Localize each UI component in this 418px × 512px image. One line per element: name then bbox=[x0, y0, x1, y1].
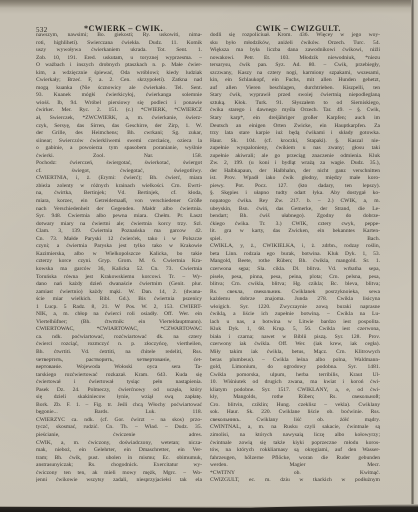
text-line: CWIERZYC ca. ndk. (cf. Gor. ćwirzt – na … bbox=[36, 417, 202, 425]
text-line: Rs. свекла, свекольник. Ćwiklanek posrzy… bbox=[210, 289, 380, 297]
text-line: czerwony iak ćwikla. Off. Wer. (iak krew… bbox=[210, 341, 380, 349]
text-line: auf allen Vieren beschlagen, durchtriebe… bbox=[210, 85, 380, 93]
text-line: CWIERTOWAC, *CWIARTOWAC, *CZWARTOWAC bbox=[36, 326, 202, 334]
text-line: szczwany, Kaszy na cztery nogi, karmiony… bbox=[210, 70, 380, 78]
text-line: ćwierci rozciąć, rozmczyć n. p. złoczyńc… bbox=[36, 341, 202, 349]
text-line: zamiast ćwiertnio) każdy mąki. W. Dan. 1… bbox=[36, 289, 202, 297]
text-line: czyk, Sersyę, das Sirren, das Geschirre,… bbox=[36, 123, 202, 131]
right-column: dodli się rozpoliciuał. Krom. 436. Więce… bbox=[210, 32, 380, 485]
text-line: nowakowi. Petr. Et. 103. Młodzik niewodn… bbox=[210, 55, 380, 63]
text-line: dano nań każdy dzień dwanaście ćwiertnim… bbox=[36, 281, 202, 289]
text-line: ćwirker. Mer. Ryc. 2. 151. (c.) *CWIERK,… bbox=[36, 107, 202, 115]
text-line: Kluk Dyk. 1, 68. Krup. 5, 56. Ćwikla ies… bbox=[210, 326, 380, 334]
text-line: o gabinie, a powoierza tym spasobem pora… bbox=[36, 145, 202, 153]
text-line: свекольникъ. Ćwiklany liść ob. żółć mądr… bbox=[210, 417, 380, 425]
left-column: nawszym, nawsimi; Bo. giekosti; Ry. usko… bbox=[36, 32, 202, 485]
text-line: kin, ein Schlaukopf, ein Fuchs, mit alle… bbox=[210, 77, 380, 85]
text-line: tyczć, skosmać, rudzić. Cn. Th. – Wład. … bbox=[36, 424, 202, 432]
text-line: Większa ma była liczba dana zawodnikowi … bbox=[210, 47, 380, 55]
text-line: Toruńska równa jest Krakowskiemu korcowi… bbox=[36, 274, 202, 282]
text-line: nopatogo ćwika. Rey Zw. 217. b. – 2.) CW… bbox=[210, 198, 380, 206]
text-line: ćwiertował i ćwiertował tysiąc pełn nast… bbox=[36, 379, 202, 387]
text-line: Stary karp*, ein dreijähriger großer Kar… bbox=[210, 115, 380, 123]
text-line: tersarysu, ćwik pan. Syz. Ad. 80. – Ćwik… bbox=[210, 62, 380, 70]
text-line: biała i czarna; nawet w Biblii piszą. Sy… bbox=[210, 334, 380, 342]
text-line: Zob. 10, 191. Ered. uskutam, u toryznej … bbox=[36, 55, 202, 63]
text-line: trzy lata stare karpie iuż będą ćwikami … bbox=[210, 130, 380, 138]
text-line: ście miar wielkich. Bibl. Gd.). Bis ćwie… bbox=[36, 296, 202, 304]
text-line: tów, na których rokkliarnasy są okręgiam… bbox=[210, 447, 380, 455]
text-line: pisele, pesa, pinna, pesa, peina, plota;… bbox=[210, 274, 380, 282]
text-line: czterzy korce czyni. Gryp. Grom. M. 6. Ć… bbox=[36, 258, 202, 266]
text-line: Ćwierkały; Brzeć. F, a. 2. Cen. skrzypoł… bbox=[36, 77, 202, 85]
text-line: czyni; a ćwiertnia Paryska jest tylko ta… bbox=[36, 243, 202, 251]
text-line: włoigich. Syr. 1220. Zwyczaynie zową bur… bbox=[210, 304, 380, 312]
text-line: tarskiego rozćwiertować rozkazał. Kram. … bbox=[36, 372, 202, 380]
text-line: CWIK, a, m. ćwiczony, doświadczony, wete… bbox=[36, 440, 202, 448]
text-line: Bh. ćtwrtiti. Vd. ćetrtiti, na ćhitele r… bbox=[36, 349, 202, 357]
text-line: ał, Swierczek, *ZWCWIERK, a, m. ćwierkan… bbox=[36, 115, 202, 123]
text-line: CWINTNAL, a, m. na Rusku czyli sakacie, … bbox=[210, 424, 380, 432]
text-line: *CWITNY ob. Kwitnąć. bbox=[210, 470, 380, 478]
text-line: wiośś. Ib, 94. Wróbel piersiowy się podl… bbox=[36, 100, 202, 108]
text-line: der Halbkapaun, der Halbhahn, der nicht … bbox=[210, 168, 380, 176]
text-line: §. Skępies i ułapno tudty odart łyka. Ab… bbox=[210, 190, 380, 198]
text-line: O ważbach i inszych drobnych ptaszkach n… bbox=[36, 62, 202, 70]
text-line: kowska ma garców 36, Kalicka 52. Cn. 73.… bbox=[36, 266, 202, 274]
text-line: 10. Wiśniutek od drugich zwana, ma kwiat… bbox=[210, 379, 380, 387]
text-line: bendart; Bh. ćwiš ułabnego). Zgodny do d… bbox=[210, 213, 380, 221]
text-line: CWIERTNIA, i, ż. (Erymi: ćwierć); Bh. ćw… bbox=[36, 175, 202, 183]
text-line: cf. świegot, ćwiegotać, świegotliwy. bbox=[36, 168, 202, 176]
text-line: ćwika starego i dawnego myśla Orzech. Ta… bbox=[210, 107, 380, 115]
text-line: ćwintnale zowią się także kiyki poprzecz… bbox=[210, 440, 380, 448]
text-line: piewy. Pot. Pocz. 127. (kto dadary, ten … bbox=[210, 183, 380, 191]
text-line: Cro. blitvin, cziklin; Hung. czeklisz – … bbox=[210, 402, 380, 410]
text-line: ca. ndk. poćwiartować, rozćwiartować dk.… bbox=[36, 334, 202, 342]
text-line: ćwierki. Zool. Nar. 158. bbox=[36, 153, 202, 161]
text-line: gold, Limonium, do ogrodowy podobna. Syr… bbox=[210, 364, 380, 372]
text-line: spiel. Bach. bbox=[210, 236, 380, 244]
text-line: Syr. 948. Ćwiertnia albo pewna miara. Ch… bbox=[36, 213, 202, 221]
text-line: werden. Magier Mecr. bbox=[210, 462, 380, 470]
text-line: Mangold, Beete, rothe Rüben; Bh. ćwiklа,… bbox=[210, 258, 380, 266]
text-line: CWIZGULT, ec. m. dziu w tkackich w podłu… bbox=[210, 477, 380, 485]
text-line: ćkiego ćwika. Tr. 3.) CWIK, cztery cwyk,… bbox=[210, 221, 380, 229]
text-line: bęgonie... Bards. Luk. 118. bbox=[36, 409, 202, 417]
text-line: się dzieli skakiniecow łynie, wziął swą … bbox=[36, 394, 202, 402]
text-line: siinear; Swierczów ćwierkliwemi swemi cz… bbox=[36, 138, 202, 146]
text-line: mak, nieboż, ein Gelehrter, ein Dmaschre… bbox=[36, 447, 202, 455]
text-line: CWIKLA, y, ż., CWIKIELKA, i, ż. zdrbn., … bbox=[210, 243, 380, 251]
text-line: Cn. 73. Małde Paryski 12 ćwierćek, tako … bbox=[36, 236, 202, 244]
text-line: lach u nas, a botwina w Litwie bardzo ie… bbox=[210, 319, 380, 327]
text-line: beta Linn. rodzaia ego burak, botwina. K… bbox=[210, 251, 380, 259]
text-line: roti, highliheti). Swierczana ćwiekła. D… bbox=[36, 40, 202, 48]
text-line: nach Verschiedenheit der Gegenden. Małdr… bbox=[36, 206, 202, 214]
text-line: Bork. Zb. F. 1. – Fig. tr. Jeśli chcą Wł… bbox=[36, 402, 202, 410]
text-line: Deutsch an einigen Orten Zwicke, ein Hau… bbox=[210, 123, 380, 131]
text-line: jenni ćwikowie wszytsy zadali, niesprzyj… bbox=[36, 477, 202, 485]
text-line: miara, korzec, ein Getreidemaaß, von ver… bbox=[36, 198, 202, 206]
text-line: uszy wywoływa ćwierkaniem ukrada. Tot. S… bbox=[36, 47, 202, 55]
text-line: Viertelhüfner; (Bh. ćtwrtnik: ein Vierte… bbox=[36, 319, 202, 327]
text-line: Ćwikla pomorska, ulpum, herba terribilis… bbox=[210, 372, 380, 380]
text-line: sok. Haur. Sk. 220. Ćwiklane liście ob. … bbox=[210, 409, 380, 417]
text-line: dodli się rozpoliciuał. Krom. 436. Więce… bbox=[210, 32, 380, 40]
text-line: Stary ćwik, wyprawił przed swoiej ćwiert… bbox=[210, 92, 380, 100]
text-line: zimolisi, na których nawysaią liczę albo… bbox=[210, 432, 380, 440]
text-line: Pasek Dz. 24. Polmeczy, ćwierćnowy od uc… bbox=[36, 387, 202, 395]
text-line: na, ćwirtka, Bertinjek; Vd. Bertinjek, c… bbox=[36, 190, 202, 198]
book-spine-edge bbox=[411, 0, 418, 512]
text-line: 93. Kuanek mógłś ćwierkicyłoj, ćwierkang… bbox=[36, 92, 202, 100]
text-line: zupełnie akiwrali; ale go przeciąg znacz… bbox=[210, 153, 380, 161]
text-line: ubeyskin, Bsn. ćwiń, das Gemerke, der St… bbox=[210, 206, 380, 214]
text-line: Haur. Sk. 104. (cf. kroczki, Stapaki). §… bbox=[210, 138, 380, 146]
text-line: Zw. 2, 199. (u koni i bydląt wrażą za wa… bbox=[210, 160, 380, 168]
text-line: ćwiklą, a liście ich zupełnie botwiną. –… bbox=[210, 311, 380, 319]
text-line: Pochodz: ćwierczeń, świergotać, świerkot… bbox=[36, 160, 202, 168]
text-line: ćwiczony ten ten, ak mieli mowy mężk, Mg… bbox=[36, 470, 202, 478]
text-line: 1 Lucp. 5 Radz. 8, 21. W Pos. W. 2, 153.… bbox=[36, 304, 202, 312]
text-line: czerwona sępa; Sla. cikla. Dl. blitva. V… bbox=[210, 266, 380, 274]
text-line: zbieża zolenty w różnych krainach wielko… bbox=[36, 183, 202, 191]
text-line: zupełnie wyspalonieny, ćwikiem u nas zwa… bbox=[210, 145, 380, 153]
text-line: kły, Mangolds, rothe Rüben; Rs. свекольн… bbox=[210, 394, 380, 402]
text-line: dotwary miary na ćwiertni ale; ćwiertnia… bbox=[36, 221, 202, 229]
text-line: ist. Prov. Wpadł iako ćwik głodny, międz… bbox=[210, 175, 380, 183]
text-line: Miły takim iak ćwikla, betus, Mącz. Ćrn.… bbox=[210, 349, 380, 357]
scan-top-shadow bbox=[0, 0, 418, 8]
text-line: fahrzeugen, hölzerne Pflöcke, woran die … bbox=[210, 455, 380, 463]
text-line: każdemu dobrze znajoma. Junda 278. Ćwikl… bbox=[210, 296, 380, 304]
text-line: blitva; Crn. cwikla, blitva; Hg. czikla;… bbox=[210, 281, 380, 289]
text-line: der Grille, des Heimchens; Bh. cwrkani; … bbox=[36, 130, 202, 138]
text-line: sku było młodzików, aniżeli ćwików. Orze… bbox=[210, 40, 380, 48]
text-line: NIK, a, m. chłop na ćwierci roli osiadły… bbox=[36, 311, 202, 319]
text-line: Kazimierska, albo w Wielkopolszcze Kalic… bbox=[36, 251, 202, 259]
text-line: anstrasunyiczak; Rs. chogodnick. Exercit… bbox=[36, 462, 202, 470]
text-line: sztuką. Kłok. Turk. 91. Słyszałem to od … bbox=[210, 100, 380, 108]
text-line: mogą kuanka (Nie ścznowicy ale ćwierkało… bbox=[36, 85, 202, 93]
text-line: kliatym podobne. Syr. 1517. CWIKLANY, a,… bbox=[210, 387, 380, 395]
text-line: nawszym, nawsimi; Bo. giekosti; Ry. usko… bbox=[36, 32, 202, 40]
text-line: beras plumbeus). – Ćwikla leśna albo pol… bbox=[210, 357, 380, 365]
text-line: Clam. 3, 139. Ćwiertnia Poznańska ma gar… bbox=[36, 228, 202, 236]
text-line: lit. gra w karty, das Zwicken, ein bekan… bbox=[210, 228, 380, 236]
text-line: вертованіе. Wojewoda Wołoski oyca sera T… bbox=[36, 364, 202, 372]
text-line: kim, a wdzięcznie śpiewać, Oda wróblowi;… bbox=[36, 70, 202, 78]
text-line: четвертить, растворить, четвертованіе, ć… bbox=[36, 357, 202, 365]
text-line: tram; Bh. ćwik, pust. ubolen in mismu; E… bbox=[36, 455, 202, 463]
text-line: pieścianie, ćwiczenie adres. bbox=[36, 432, 202, 440]
